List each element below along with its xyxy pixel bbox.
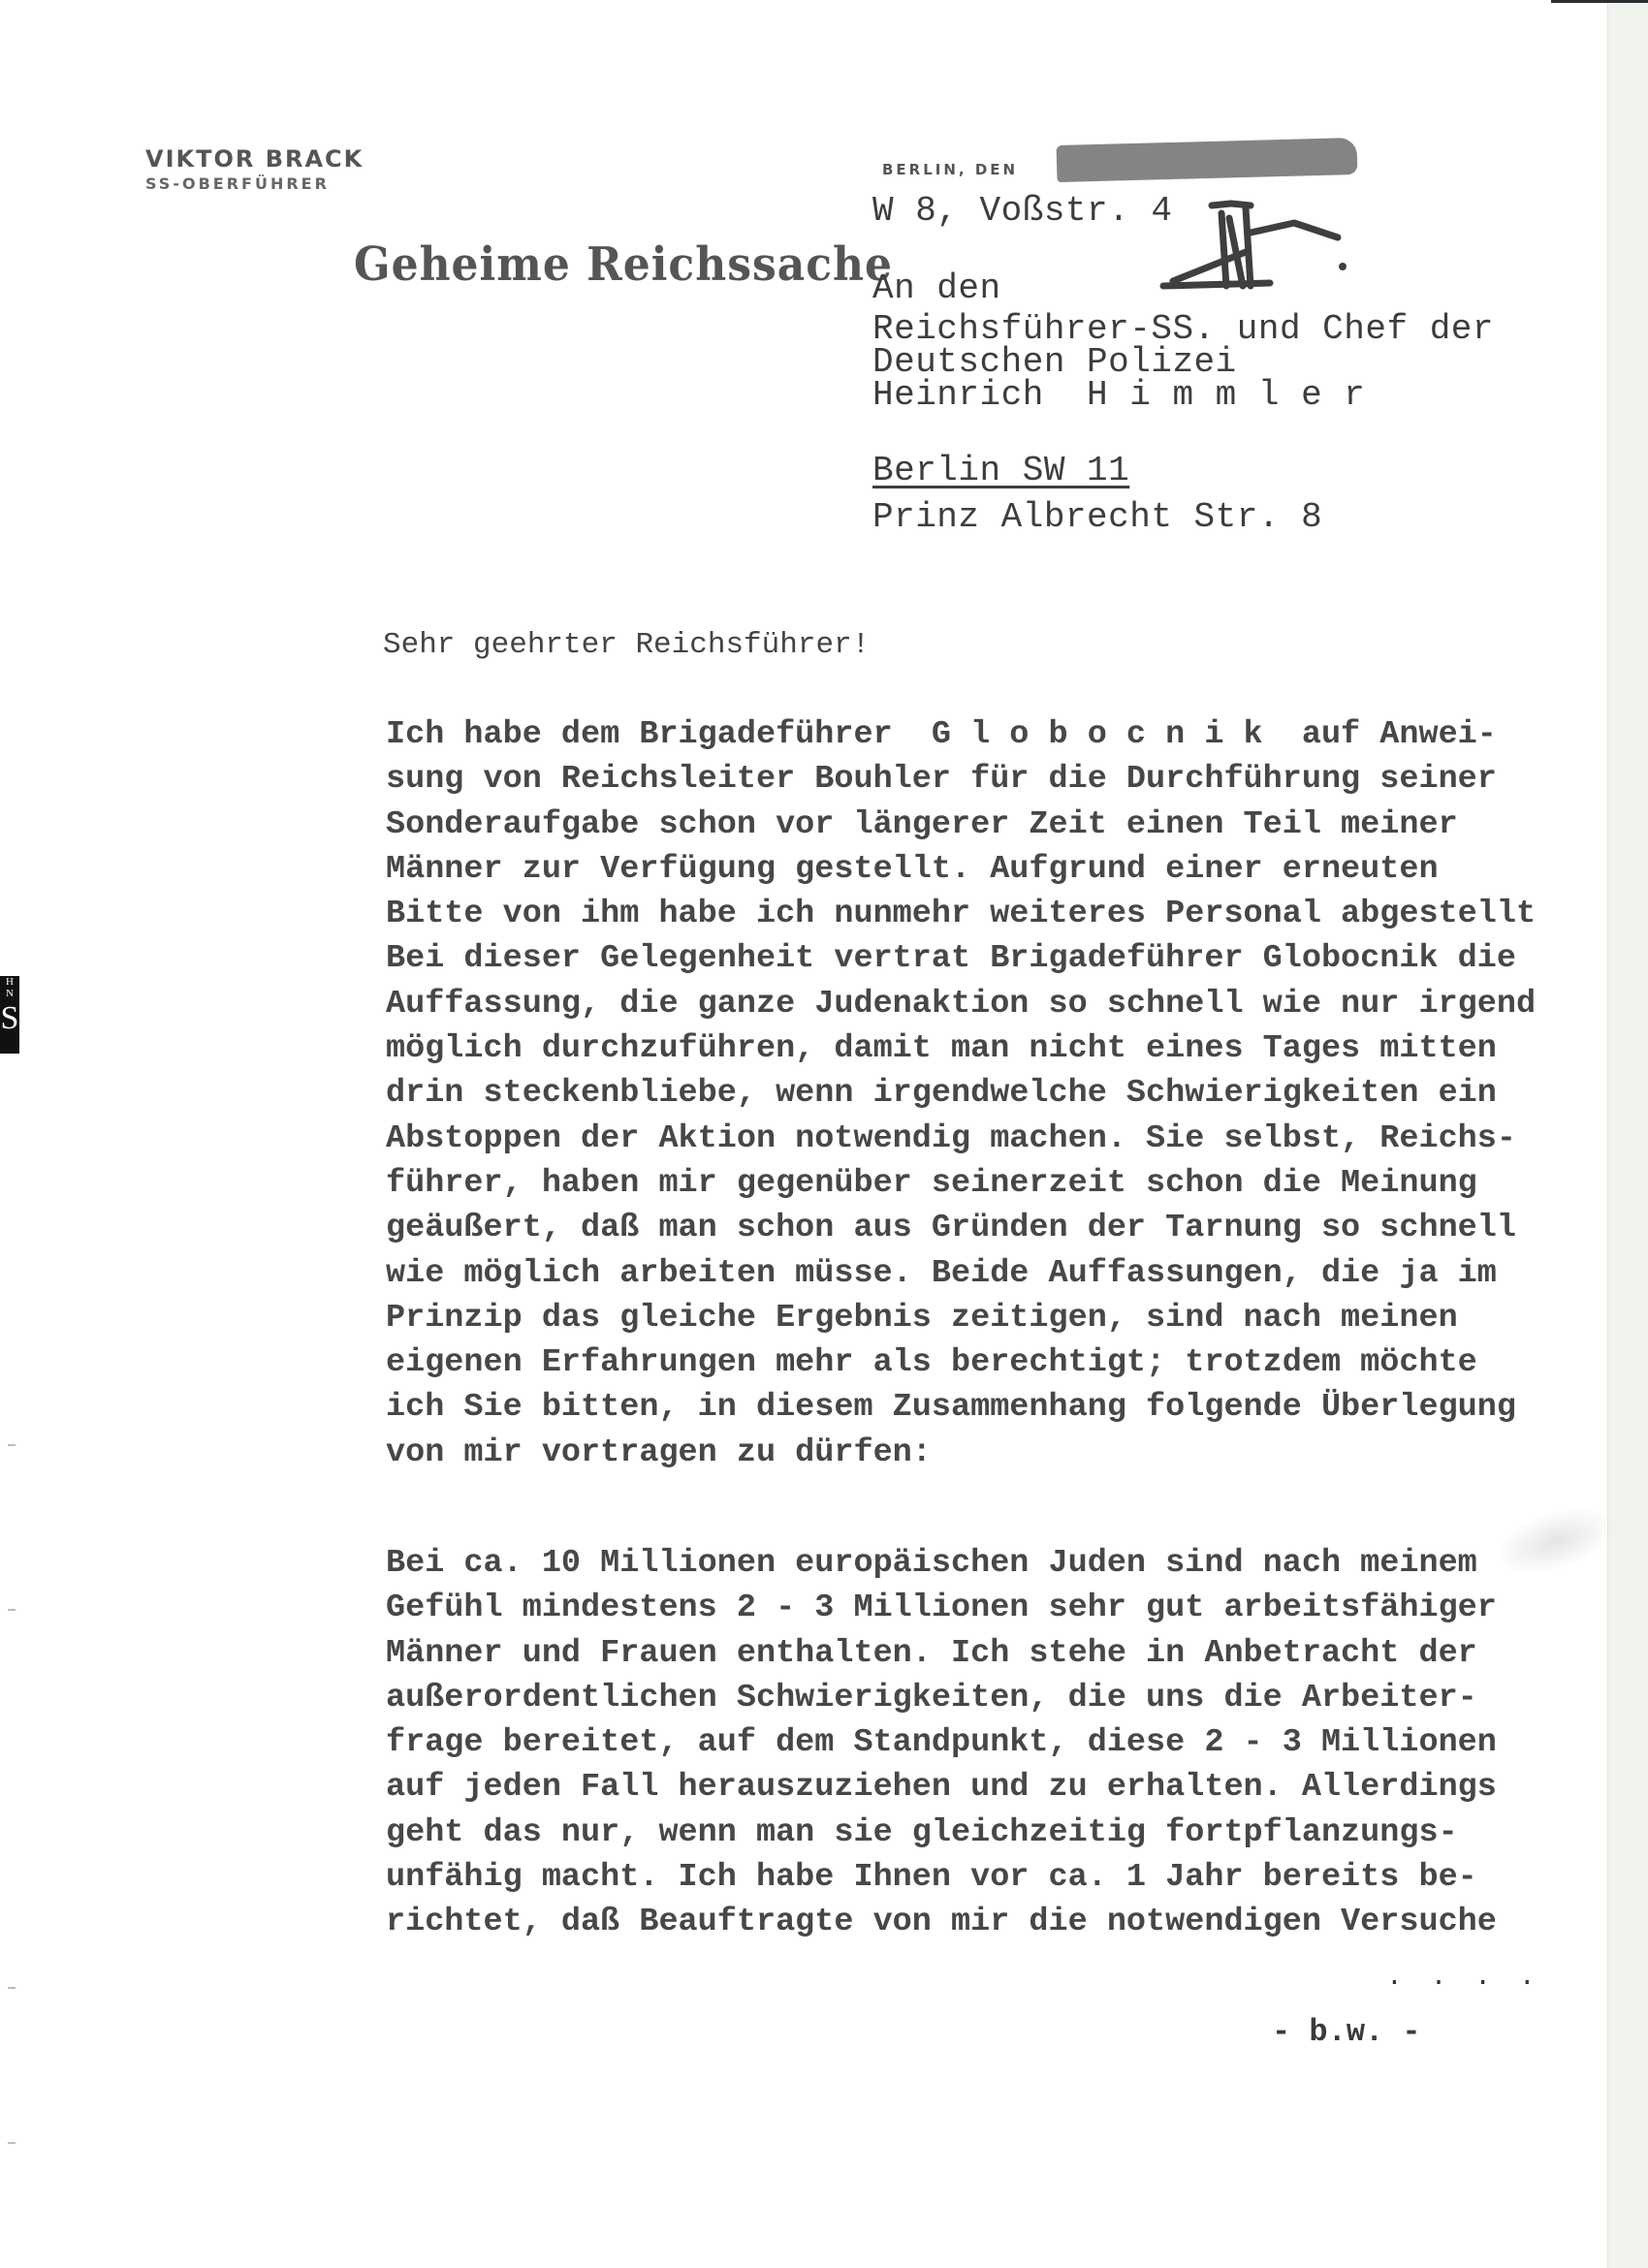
body-line: geäußert, daß man schon aus Gründen der … <box>386 1206 1536 1250</box>
scan-smudge <box>1487 1494 1625 1588</box>
recipient-line: Heinrich H i m m l e r <box>872 374 1365 417</box>
body-line: unfähig macht. Ich habe Ihnen vor ca. 1 … <box>386 1855 1497 1900</box>
recipient-street: Prinz Albrecht Str. 8 <box>872 496 1322 539</box>
salutation: Sehr geehrter Reichsführer! <box>383 628 870 662</box>
body-line: führer, haben mir gegenüber seinerzeit s… <box>386 1161 1536 1206</box>
body-line: sung von Reichsleiter Bouhler für die Du… <box>386 757 1536 802</box>
body-line: Auffassung, die ganze Judenaktion so sch… <box>386 982 1536 1026</box>
body-line: von mir vortragen zu dürfen: <box>386 1431 1536 1475</box>
initials-signature-icon <box>1154 194 1367 300</box>
body-line: Abstoppen der Aktion notwendig machen. S… <box>386 1117 1536 1161</box>
sender-name: VIKTOR BRACK <box>145 145 364 173</box>
binder-tab-letter: H <box>6 976 14 988</box>
body-line: Bei ca. 10 Millionen europäischen Juden … <box>386 1541 1497 1586</box>
binder-tab-large-letter: S <box>0 1001 19 1036</box>
sender-rank: SS-OBERFÜHRER <box>145 174 330 193</box>
body-paragraph-1: Ich habe dem Brigadeführer G l o b o c n… <box>386 712 1536 1475</box>
body-line: auf jeden Fall herauszuziehen und zu erh… <box>386 1765 1497 1810</box>
binder-tab-letter: N <box>6 988 14 999</box>
body-line: Bei dieser Gelegenheit vertrat Brigadefü… <box>386 936 1536 981</box>
scan-edge-strip <box>1607 0 1648 2268</box>
body-line: drin steckenbliebe, wenn irgendwelche Sc… <box>386 1071 1536 1116</box>
body-line: richtet, daß Beauftragte von mir die not… <box>386 1900 1497 1944</box>
place-date-label: BERLIN, DEN <box>882 161 1018 178</box>
body-line: Männer und Frauen enthalten. Ich stehe i… <box>386 1631 1497 1676</box>
recipient-city: Berlin SW 11 <box>872 450 1129 492</box>
continuation-dots: . . . . <box>1386 1963 1541 1993</box>
redacted-date <box>1057 138 1358 182</box>
margin-tick <box>8 2142 16 2144</box>
recipient-prefix: An den <box>872 268 1001 310</box>
body-line: möglich durchzuführen, damit man nicht e… <box>386 1026 1536 1071</box>
margin-tick <box>8 1987 16 1989</box>
body-line: Bitte von ihm habe ich nunmehr weiteres … <box>386 892 1536 936</box>
body-line: eigenen Erfahrungen mehr als berechtigt;… <box>386 1340 1536 1385</box>
scan-edge-top <box>1551 0 1648 3</box>
body-line: Ich habe dem Brigadeführer G l o b o c n… <box>386 712 1536 757</box>
body-paragraph-2: Bei ca. 10 Millionen europäischen Juden … <box>386 1541 1497 1945</box>
body-line: Männer zur Verfügung gestellt. Aufgrund … <box>386 847 1536 892</box>
body-line: außerordentlichen Schwierigkeiten, die u… <box>386 1676 1497 1720</box>
binder-tab: H N S <box>0 976 19 1054</box>
margin-tick <box>8 1609 16 1611</box>
body-line: frage bereitet, auf dem Standpunkt, dies… <box>386 1720 1497 1765</box>
classification-stamp: Geheime Reichssache <box>354 238 893 292</box>
body-line: Gefühl mindestens 2 - 3 Millionen sehr g… <box>386 1586 1497 1630</box>
body-line: geht das nur, wenn man sie gleichzeitig … <box>386 1811 1497 1855</box>
body-line: wie möglich arbeiten müsse. Beide Auffas… <box>386 1251 1536 1296</box>
margin-tick <box>8 1444 16 1446</box>
body-line: Sonderaufgabe schon vor längerer Zeit ei… <box>386 803 1536 847</box>
continuation-mark: - b.w. - <box>1272 2014 1421 2050</box>
body-line: Prinzip das gleiche Ergebnis zeitigen, s… <box>386 1296 1536 1340</box>
body-line: ich Sie bitten, in diesem Zusammenhang f… <box>386 1385 1536 1430</box>
sender-address: W 8, Voßstr. 4 <box>872 190 1172 233</box>
